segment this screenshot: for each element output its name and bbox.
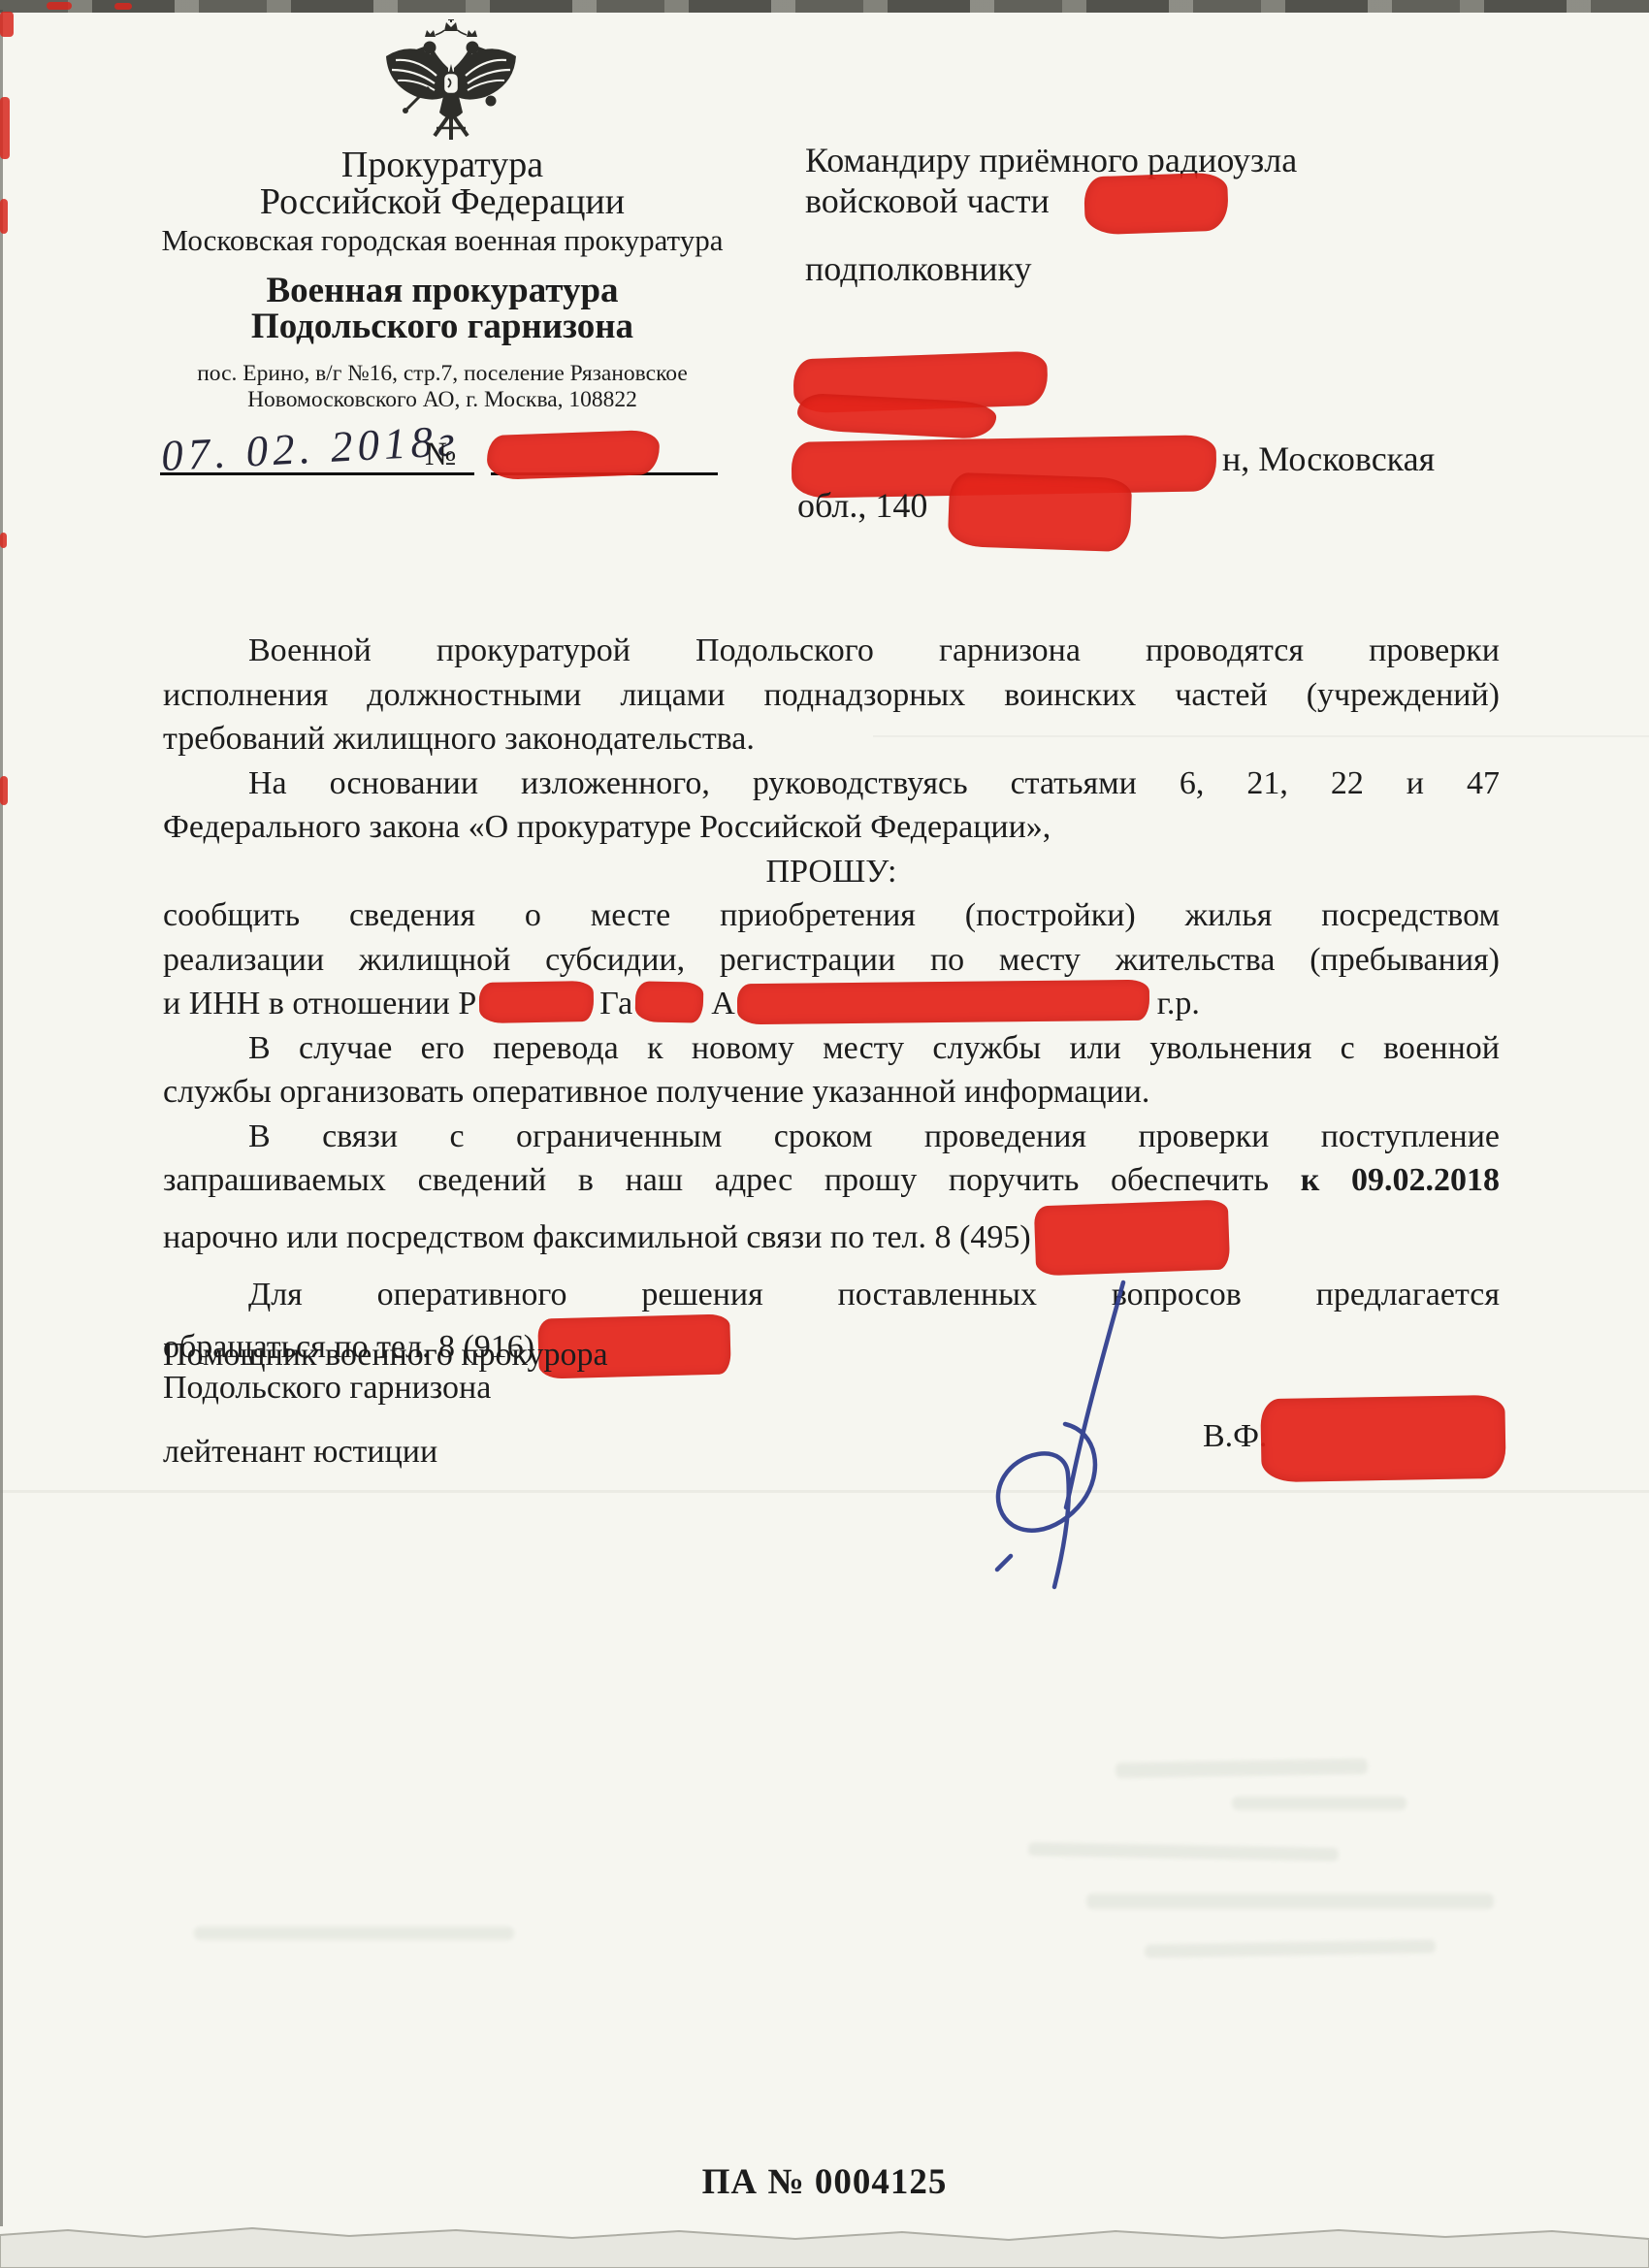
body-line: Военной прокуратурой Подольского гарнизо… [163, 629, 1500, 673]
body-line: Федерального закона «О прокуратуре Росси… [163, 805, 1500, 850]
body-text: запрашиваемых сведений в наш адрес прошу… [163, 1162, 1269, 1198]
org-name-line3: Московская городская военная прокуратура [145, 223, 739, 258]
body-line: запрашиваемых сведений в наш адрес прошу… [163, 1158, 1500, 1203]
handwritten-date: 07. 02. 2018г [160, 415, 461, 481]
org-name-line2: Российской Федерации [145, 180, 739, 223]
footer-form-number: ПА № 0004125 [29, 2161, 1620, 2203]
body-text: нарочно или посредством факсимильной свя… [163, 1219, 1031, 1255]
redaction-mark [737, 980, 1149, 1024]
scan-edge-top [0, 0, 1649, 13]
body-text: А [711, 986, 735, 1021]
request-heading: ПРОШУ: [163, 850, 1500, 894]
fold-crease [0, 1490, 1649, 1493]
body-line: требований жилищного законодательства. [163, 717, 1500, 761]
recipient-line5: обл., 140 [797, 485, 927, 526]
signer-position-line2: Подольского гарнизона [163, 1370, 491, 1407]
unit-name-line2: Подольского гарнизона [145, 306, 739, 347]
number-label: № [425, 437, 456, 473]
body-line: В случае его перевода к новому месту слу… [163, 1026, 1500, 1071]
russian-coat-of-arms-icon [378, 19, 524, 146]
letter-body: Военной прокуратурой Подольского гарнизо… [163, 629, 1500, 1377]
body-text: и ИНН в отношении Р [163, 986, 476, 1021]
red-edge-mark [0, 776, 8, 805]
bleed-through-mark [1086, 1894, 1494, 1909]
redaction-mark [486, 430, 660, 480]
red-edge-mark [0, 199, 8, 234]
body-line: реализации жилищной субсидии, регистраци… [163, 938, 1500, 983]
body-line: Для оперативного решения поставленных во… [163, 1273, 1500, 1317]
body-line: В связи с ограниченным сроком проведения… [163, 1115, 1500, 1159]
redaction-mark [1083, 172, 1229, 235]
body-text: Га [599, 986, 632, 1021]
letterhead-address-line2: Новомосковского АО, г. Москва, 108822 [145, 387, 739, 413]
bleed-through-mark [194, 1927, 514, 1940]
redaction-mark [1260, 1395, 1505, 1482]
body-line: службы организовать оперативное получени… [163, 1070, 1500, 1115]
scan-edge-left [0, 10, 3, 2226]
bleed-through-mark [1115, 1759, 1368, 1779]
recipient-line3: подполковнику [805, 248, 1031, 289]
signer-initials: В.Ф. [1203, 1418, 1268, 1455]
signer-position-line1: Помощник военного прокурора [163, 1337, 608, 1374]
recipient-line2: войсковой части [805, 180, 1050, 221]
body-text: г.р. [1157, 986, 1200, 1021]
redaction-mark [948, 472, 1133, 553]
bleed-through-mark [1145, 1939, 1436, 1958]
red-edge-mark [0, 533, 7, 548]
redaction-mark [1033, 1199, 1229, 1276]
bleed-through-mark [1028, 1842, 1339, 1862]
date-underline [160, 472, 474, 475]
body-line: На основании изложенного, руководствуясь… [163, 761, 1500, 806]
recipient-line4: н, Московская [1222, 438, 1435, 479]
red-edge-mark [114, 3, 132, 10]
signature-autograph [951, 1279, 1174, 1599]
letterhead-address-line1: пос. Ерино, в/г №16, стр.7, поселение Ря… [145, 361, 739, 387]
redaction-mark [479, 981, 595, 1023]
deadline-date: к 09.02.2018 [1301, 1162, 1500, 1198]
scanned-letter-page: Прокуратура Российской Федерации Московс… [0, 0, 1649, 2268]
red-edge-mark [0, 12, 14, 37]
torn-paper-edge [0, 2218, 1649, 2268]
recipient-line1: Командиру приёмного радиоузла [805, 140, 1297, 180]
red-edge-mark [47, 2, 72, 10]
signer-rank: лейтенант юстиции [163, 1434, 437, 1471]
body-line-redacted: нарочно или посредством факсимильной свя… [163, 1203, 1500, 1273]
red-edge-mark [0, 97, 10, 159]
body-line: сообщить сведения о месте приобретения (… [163, 893, 1500, 938]
redaction-mark [635, 981, 704, 1022]
bleed-through-mark [1232, 1797, 1406, 1810]
body-line-redacted: и ИНН в отношении РГаАг.р. [163, 982, 1500, 1026]
body-line: исполнения должностными лицами поднадзор… [163, 673, 1500, 718]
